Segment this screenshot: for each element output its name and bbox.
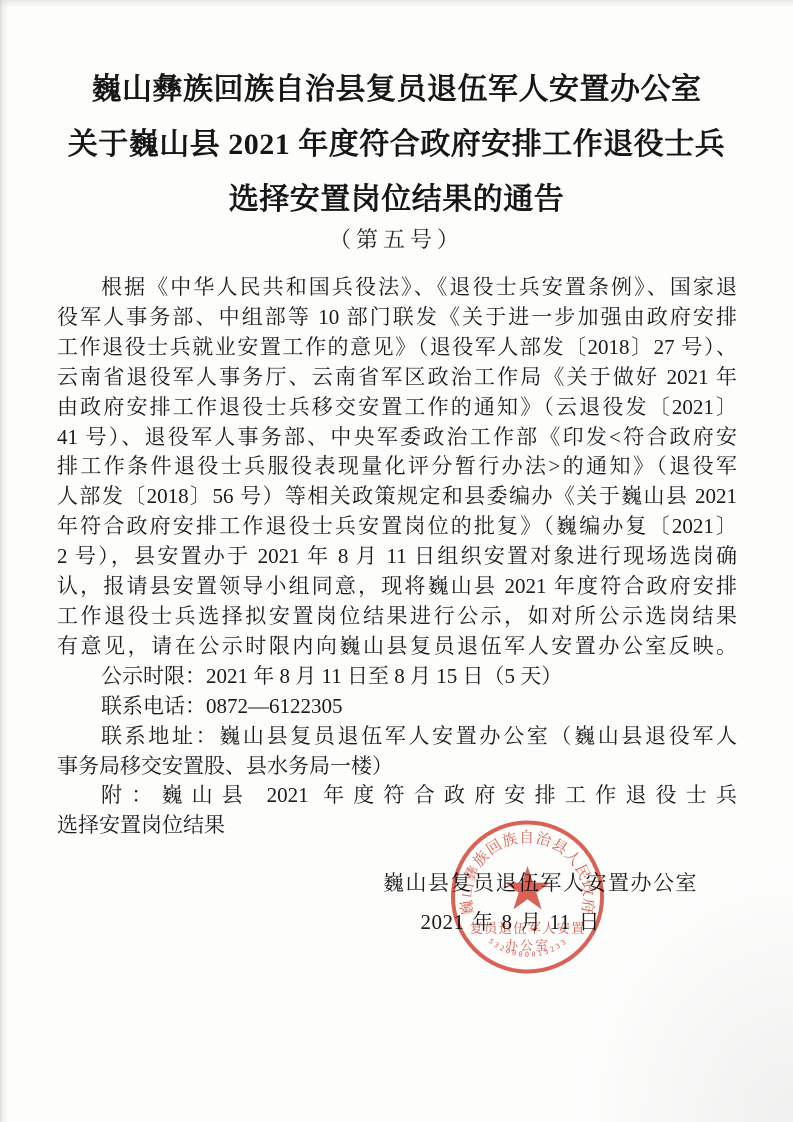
body-line-5: 由政府安排工作退役士兵移交安置工作的通知》（云退役发〔2021〕 (57, 393, 737, 423)
signature-date: 2021 年 8 月 11 日 (421, 908, 600, 936)
body-line-7: 排工作条件退役士兵服役表现量化评分暂行办法>的通知》（退役军 (57, 452, 737, 482)
body-line-10: 2 号），县安置办于 2021 年 8 月 11 日组织安置对象进行现场选岗确 (57, 542, 737, 572)
seal-office-text: 办公室 (505, 938, 550, 953)
body-line-attachment: 附：巍山县 2021 年度符合政府安排工作退役士兵 (57, 781, 737, 811)
body-line-13: 有意见，请在公示时限内向巍山县复员退伍军人安置办公室反映。 (57, 632, 737, 662)
body-line-1: 根据《中华人民共和国兵役法》、《退役士兵安置条例》、国家退 (57, 273, 737, 303)
document-title-line-1: 巍山彝族回族自治县复员退伍军人安置办公室 (56, 62, 737, 117)
body-line-19: 选择安置岗位结果 (57, 811, 737, 841)
scan-edge-top-shadow (0, 0, 793, 8)
body-line-6: 41 号）、退役军人事务部、中央军委政治工作部《印发<符合政府安 (57, 423, 737, 453)
body-line-9: 年符合政府安排工作退役士兵安置岗位的批复》（巍编办复〔2021〕 (57, 512, 737, 542)
document-body: 根据《中华人民共和国兵役法》、《退役士兵安置条例》、国家退 役军人事务部、中组部… (57, 273, 737, 841)
scan-corner-tint (573, 862, 793, 1122)
body-line-11: 认，报请县安置领导小组同意，现将巍山县 2021 年度符合政府安排 (57, 572, 737, 602)
seal-outer-ring (453, 823, 602, 972)
document-title-line-2: 关于巍山县 2021 年度符合政府安排工作退役士兵 (56, 117, 737, 172)
body-line-contact-phone: 联系电话：0872—6122305 (57, 692, 737, 722)
seal-serial-number: 5320000015233 (487, 937, 570, 959)
body-line-12: 工作退役士兵选择拟安置岗位结果进行公示，如对所公示选岗结果 (57, 602, 737, 632)
body-line-publicity-period: 公示时限：2021 年 8 月 11 日至 8 月 15 日（5 天） (57, 662, 737, 692)
body-line-8: 人部发〔2018〕56 号）等相关政策规定和县委编办《关于巍山县 2021 (57, 482, 737, 512)
scanned-notice-page: 巍山彝族回族自治县复员退伍军人安置办公室 关于巍山县 2021 年度符合政府安排… (0, 0, 793, 1122)
body-line-3: 工作退役士兵就业安置工作的意见》（退役军人部发〔2018〕27 号）、 (57, 333, 737, 363)
body-line-17: 事务局移交安置股、县水务局一楼） (57, 752, 737, 782)
body-line-contact-address: 联系地址：巍山县复员退伍军人安置办公室（巍山县退役军人 (57, 722, 737, 752)
issue-number: （第五号） (56, 224, 737, 256)
body-line-4: 云南省退役军人事务厅、云南省军区政治工作局《关于做好 2021 年 (57, 363, 737, 393)
document-title: 巍山彝族回族自治县复员退伍军人安置办公室 关于巍山县 2021 年度符合政府安排… (56, 62, 737, 227)
document-title-line-3: 选择安置岗位结果的通告 (56, 172, 737, 227)
body-line-2: 役军人事务部、中组部等 10 部门联发《关于进一步加强由政府安排 (57, 303, 737, 333)
scan-edge-left-shadow (0, 0, 10, 1122)
signature-organization: 巍山县复员退伍军人安置办公室 (383, 869, 698, 897)
